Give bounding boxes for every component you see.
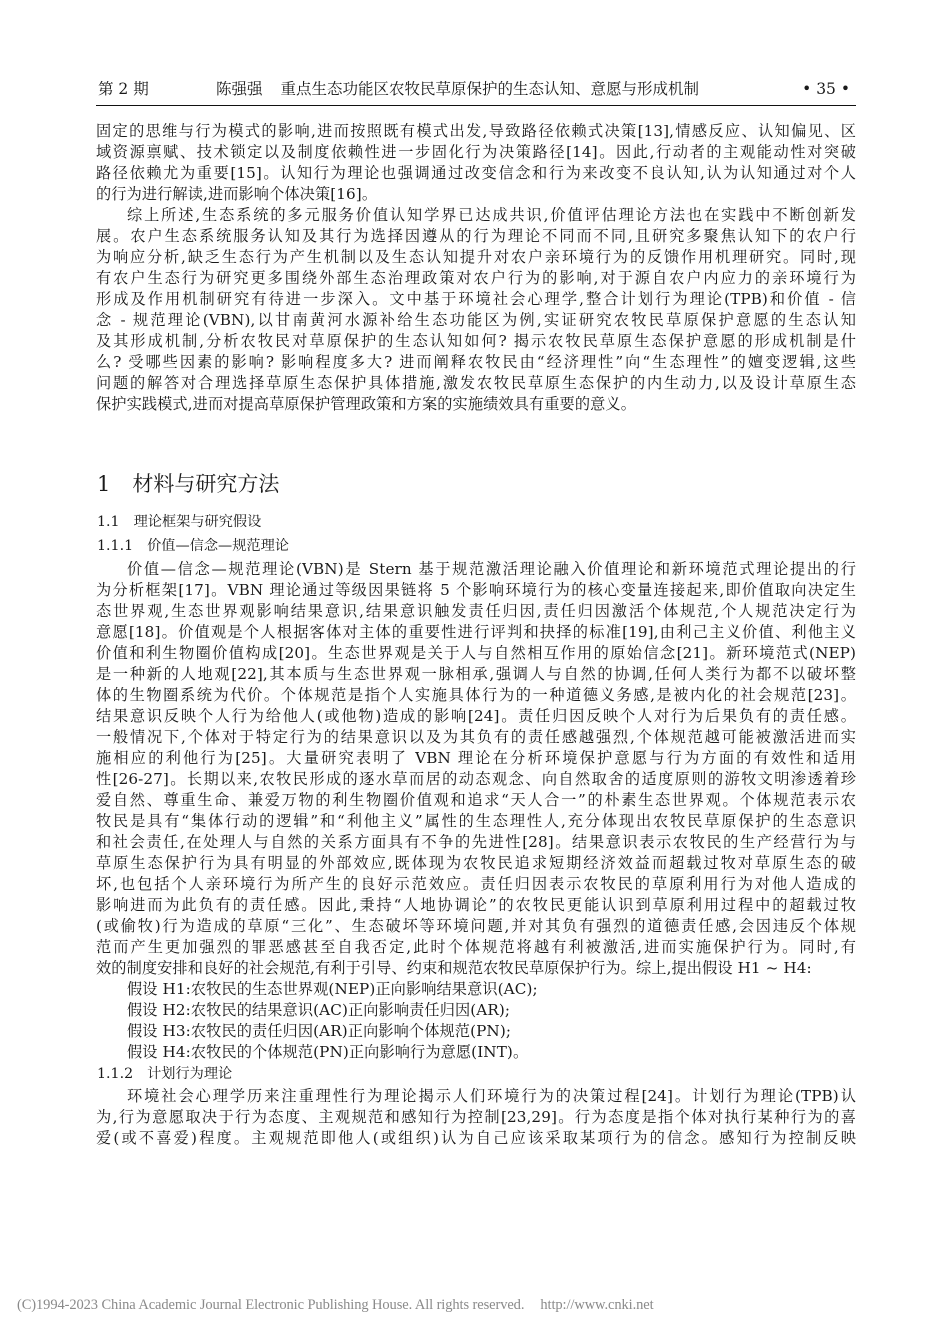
text-line: 念 - 规范理论(VBN),以甘南黄河水源补给生态功能区为例,实证研究农牧民草原… — [96, 310, 856, 331]
text-line: 形成及作用机制研究有待进一步深入。文中基于环境社会心理学,整合计划行为理论(TP… — [96, 289, 856, 310]
hypothesis-h4: 假设 H4:农牧民的个体规范(PN)正向影响行为意愿(INT)。 — [127, 1042, 856, 1063]
text-line: 有农户生态行为研究更多围绕外部生态治理政策对农户行为的影响,对于源自农户内应力的… — [96, 268, 856, 289]
text-line: 问题的解答对合理选择草原生态保护具体措施,激发农牧民草原生态保护的内生动力,以及… — [96, 373, 856, 394]
running-title: 陈强强重点生态功能区农牧民草原保护的生态认知、意愿与形成机制 — [216, 78, 699, 100]
text-line: 范而产生更加强烈的罪恶感甚至自我否定,此时个体规范将越有利被激活,进而实施保护行… — [96, 937, 856, 958]
text-line: 影响进而为此负有的责任感。因此,秉持“人地协调论”的农牧民更能认识到草原利用过程… — [96, 895, 856, 916]
text-line: 价值和利生物圈价值构成[20]。生态世界观是关于人与自然相互作用的原始信念[21… — [96, 643, 856, 664]
issue-number: 第 2 期 — [98, 78, 149, 100]
hypothesis-h3: 假设 H3:农牧民的责任归因(AR)正向影响个体规范(PN); — [127, 1021, 856, 1042]
text-line: 域资源禀赋、技术锁定以及制度依赖性进一步固化行为决策路径[14]。因此,行动者的… — [96, 142, 856, 163]
article-title: 重点生态功能区农牧民草原保护的生态认知、意愿与形成机制 — [281, 80, 700, 98]
text-line: 一般情况下,个体对于特定行为的结果意识以及为其负有的责任感越强烈,个体规范越可能… — [96, 727, 856, 748]
text-line: 牧民是具有“集体行动的逻辑”和“利他主义”属性的生态理性人,充分体现出农牧民草原… — [96, 811, 856, 832]
hypothesis-h2: 假设 H2:农牧民的结果意识(AC)正向影响责任归因(AR); — [127, 1000, 856, 1021]
text-line: (或偷牧)行为造成的草原“三化”、生态破坏等环境问题,并对其负有强烈的道德责任感… — [96, 916, 856, 937]
text-line: 坏,也包括个人亲环境行为所产生的良好示范效应。责任归因表示农牧民的草原利用行为对… — [96, 874, 856, 895]
page-number: • 35 • — [802, 78, 850, 100]
text-line: 意愿[18]。价值观是个人根据客体对主体的重要性进行评判和抉择的标准[19],由… — [96, 622, 856, 643]
text-line: 么? 受哪些因素的影响? 影响程度多大? 进而阐释农牧民由“经济理性”向“生态理… — [96, 352, 856, 373]
text-line: 为,行为意愿取决于行为态度、主观规范和感知行为控制[23,29]。行为态度是指个… — [96, 1107, 856, 1128]
text-line: 价值—信念—规范理论(VBN)是 Stern 基于规范激活理论融入价值理论和新环… — [127, 559, 856, 580]
text-line: 环境社会心理学历来注重理性行为理论揭示人们环境行为的决策过程[24]。计划行为理… — [127, 1086, 856, 1107]
text-line: 的行为进行解读,进而影响个体决策[16]。 — [96, 184, 856, 205]
text-line: 态世界观,生态世界观影响结果意识,结果意识触发责任归因,责任归因激活个体规范,个… — [96, 601, 856, 622]
hypothesis-h1: 假设 H1:农牧民的生态世界观(NEP)正向影响结果意识(AC); — [127, 979, 856, 1000]
text-line: 及其形成机制,分析农牧民对草原保护的生态认知如何? 揭示农牧民草原生态保护意愿的… — [96, 331, 856, 352]
text-line: 为分析框架[17]。VBN 理论通过等级因果链将 5 个影响环境行为的核心变量连… — [96, 580, 856, 601]
text-line: 综上所述,生态系统的多元服务价值认知学界已达成共识,价值评估理论方法也在实践中不… — [127, 205, 856, 226]
text-line: 效的制度安排和良好的社会规范,有利于引导、约束和规范农牧民草原保护行为。综上,提… — [96, 958, 856, 979]
text-line: 展。农户生态系统服务认知及其行为选择因遵从的行为理论不同而不同,且研究多聚焦认知… — [96, 226, 856, 247]
text-line: 性[26-27]。长期以来,农牧民形成的逐水草而居的动态观念、向自然取舍的适度原… — [96, 769, 856, 790]
section-heading-1-1-1: 1.1.1价值—信念—规范理论 — [97, 536, 289, 556]
text-line: 是一种新的人地观[22],其本质与生态世界观一脉相承,强调人与自然的协调,任何人… — [96, 664, 856, 685]
text-line: 体的生物圈系统为代价。个体规范是指个人实施具体行为的一种道德义务感,是被内化的社… — [96, 685, 856, 706]
section-heading-1-1: 1.1理论框架与研究假设 — [97, 512, 261, 532]
text-line: 固定的思维与行为模式的影响,进而按照既有模式出发,导致路径依赖式决策[13],情… — [96, 121, 856, 142]
copyright-text: (C)1994-2023 China Academic Journal Elec… — [17, 1297, 524, 1313]
section-heading-1-1-2: 1.1.2计划行为理论 — [97, 1064, 232, 1084]
copyright-footer: (C)1994-2023 China Academic Journal Elec… — [17, 1297, 654, 1314]
author-name: 陈强强 — [216, 80, 263, 98]
section-heading-1: 1材料与研究方法 — [97, 470, 279, 498]
text-line: 为响应分析,缺乏生态行为产生机制以及生态认知提升对农户亲环境行为的反馈作用机理研… — [96, 247, 856, 268]
paper-page: 第 2 期 陈强强重点生态功能区农牧民草原保护的生态认知、意愿与形成机制 • 3… — [0, 0, 950, 1344]
text-line: 施相应的利他行为[25]。大量研究表明了 VBN 理论在分析环境保护意愿与行为方… — [96, 748, 856, 769]
text-line: 路径依赖尤为重要[15]。认知行为理论也强调通过改变信念和行为来改变不良认知,认… — [96, 163, 856, 184]
cnki-link[interactable]: http://www.cnki.net — [540, 1297, 653, 1313]
text-line: 爱自然、尊重生命、兼爱万物的利生物圈价值观和追求“天人合一”的朴素生态世界观。个… — [96, 790, 856, 811]
text-line: 草原生态保护行为具有明显的外部效应,既体现为农牧民追求短期经济效益而超载过牧对草… — [96, 853, 856, 874]
running-header: 第 2 期 陈强强重点生态功能区农牧民草原保护的生态认知、意愿与形成机制 • 3… — [96, 78, 856, 100]
text-line: 和社会责任,在处理人与自然的关系方面具有不争的先进性[28]。结果意识表示农牧民… — [96, 832, 856, 853]
text-line: 结果意识反映个人行为给他人(或他物)造成的影响[24]。责任归因反映个人对行为后… — [96, 706, 856, 727]
text-line: 爱(或不喜爱)程度。主观规范即他人(或组织)认为自己应该采取某项行为的信念。感知… — [96, 1128, 856, 1149]
text-line: 保护实践模式,进而对提高草原保护管理政策和方案的实施绩效具有重要的意义。 — [96, 394, 856, 415]
header-rule — [96, 105, 856, 106]
